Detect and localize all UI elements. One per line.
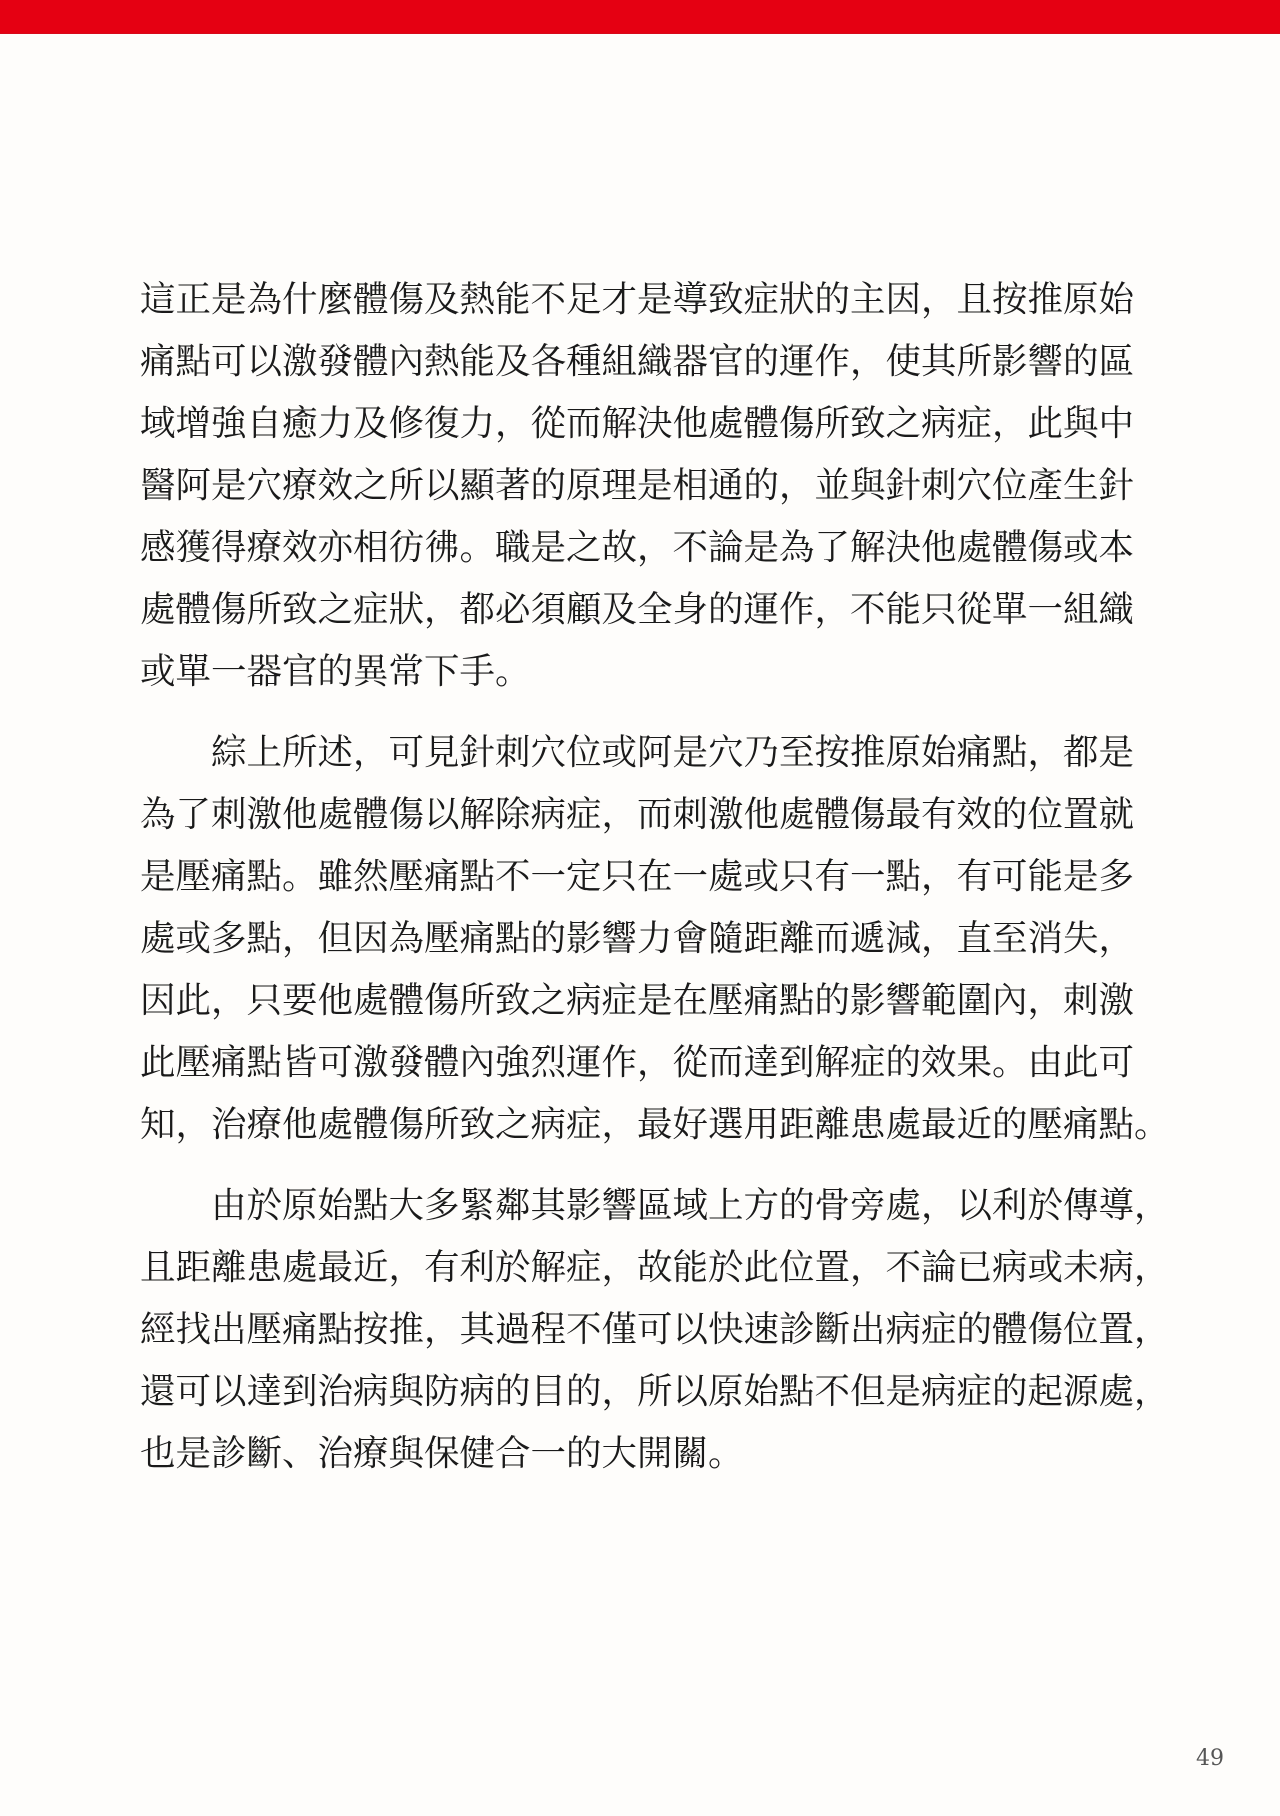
text-line-indented: 綜上所述，可見針刺穴位或阿是穴乃至按推原始痛點，都是: [140, 729, 1140, 791]
text-line: 醫阿是穴療效之所以顯著的原理是相通的，並與針刺穴位產生針: [140, 462, 1140, 524]
paragraph-2: 綜上所述，可見針刺穴位或阿是穴乃至按推原始痛點，都是 為了刺激他處體傷以解除病症…: [140, 729, 1140, 1163]
text-line: 處體傷所致之症狀，都必須顧及全身的運作，不能只從單一組織: [140, 586, 1140, 648]
page-body: 這正是為什麼體傷及熱能不足才是導致症狀的主因，且按推原始 痛點可以激發體內熱能及…: [140, 276, 1140, 1492]
text-line: 感獲得療效亦相彷彿。職是之故，不論是為了解決他處體傷或本: [140, 524, 1140, 586]
paragraph-1: 這正是為什麼體傷及熱能不足才是導致症狀的主因，且按推原始 痛點可以激發體內熱能及…: [140, 276, 1140, 710]
text-line: 痛點可以激發體內熱能及各種組織器官的運作，使其所影響的區: [140, 338, 1140, 400]
text-line: 因此，只要他處體傷所致之病症是在壓痛點的影響範圍內，刺激: [140, 977, 1140, 1039]
text-line: 這正是為什麼體傷及熱能不足才是導致症狀的主因，且按推原始: [140, 276, 1140, 338]
page-number: 49: [1196, 1746, 1224, 1771]
text-line: 為了刺激他處體傷以解除病症，而刺激他處體傷最有效的位置就: [140, 791, 1140, 853]
text-line: 也是診斷、治療與保健合一的大開關。: [140, 1430, 1140, 1492]
text-line-indented: 由於原始點大多緊鄰其影響區域上方的骨旁處，以利於傳導，: [140, 1182, 1140, 1244]
top-accent-bar: [0, 0, 1280, 34]
text-line: 是壓痛點。雖然壓痛點不一定只在一處或只有一點，有可能是多: [140, 853, 1140, 915]
text-line: 知，治療他處體傷所致之病症，最好選用距離患處最近的壓痛點。: [140, 1101, 1140, 1163]
text-line: 域增強自癒力及修復力，從而解決他處體傷所致之病症，此與中: [140, 400, 1140, 462]
text-line: 且距離患處最近，有利於解症，故能於此位置，不論已病或未病，: [140, 1244, 1140, 1306]
text-line: 處或多點，但因為壓痛點的影響力會隨距離而遞減，直至消失，: [140, 915, 1140, 977]
text-line: 或單一器官的異常下手。: [140, 648, 1140, 710]
text-line: 還可以達到治病與防病的目的，所以原始點不但是病症的起源處，: [140, 1368, 1140, 1430]
text-line: 此壓痛點皆可激發體內強烈運作，從而達到解症的效果。由此可: [140, 1039, 1140, 1101]
paragraph-3: 由於原始點大多緊鄰其影響區域上方的骨旁處，以利於傳導， 且距離患處最近，有利於解…: [140, 1182, 1140, 1492]
text-line: 經找出壓痛點按推，其過程不僅可以快速診斷出病症的體傷位置，: [140, 1306, 1140, 1368]
